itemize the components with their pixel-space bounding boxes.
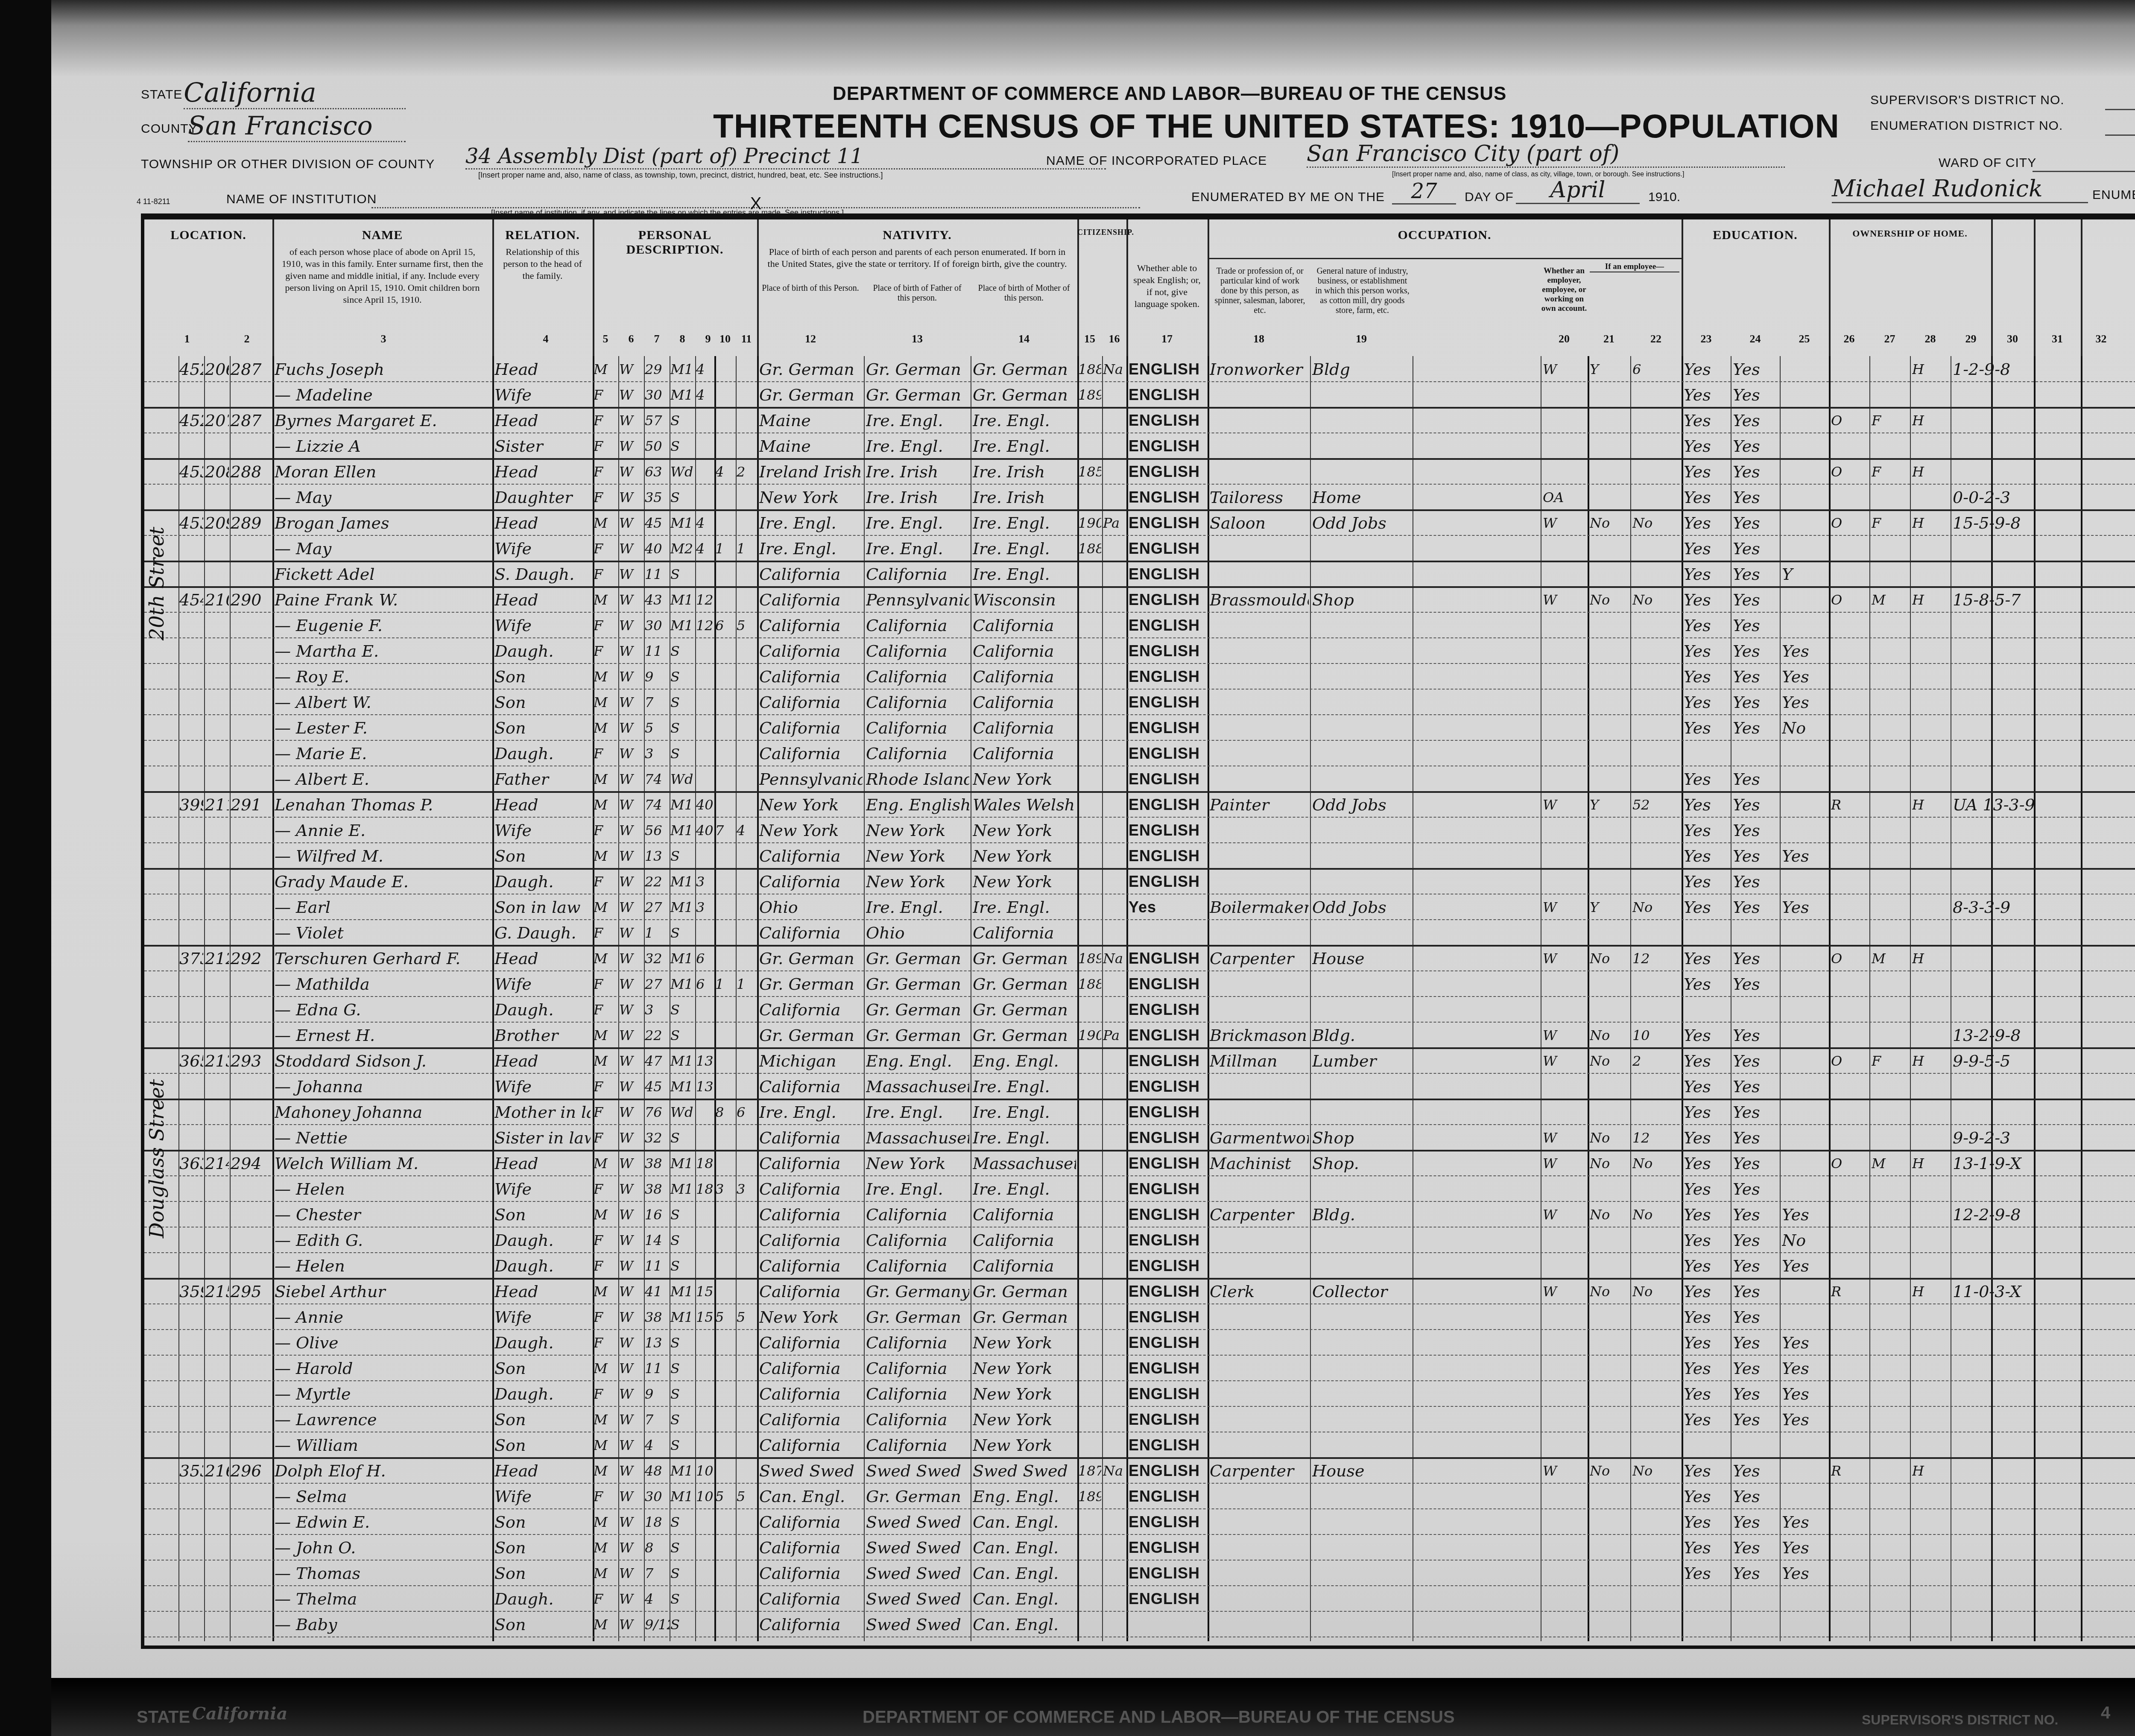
cell-yrs bbox=[696, 921, 714, 944]
cell-ind bbox=[1312, 819, 1411, 842]
cell-age: 11 bbox=[645, 1357, 670, 1380]
cell-yrs: 12 bbox=[696, 588, 714, 611]
cell-eng: ENGLISH bbox=[1129, 1511, 1206, 1534]
cell-write: Yes bbox=[1733, 1485, 1779, 1508]
cell-mort bbox=[1872, 1511, 1909, 1534]
cell-emp bbox=[1543, 1536, 1586, 1559]
cell-mort bbox=[1872, 1306, 1909, 1329]
cell-mpob: Ire. Engl. bbox=[973, 563, 1076, 586]
cell-pob: California bbox=[759, 1434, 863, 1457]
cell-pob: California bbox=[759, 1511, 863, 1534]
cell-farm bbox=[1912, 896, 1950, 919]
cell-farm bbox=[1912, 1126, 1950, 1149]
cell-sex: M bbox=[594, 1152, 617, 1175]
cell-mort bbox=[1872, 1254, 1909, 1277]
cell-nat: Pa bbox=[1103, 511, 1126, 535]
table-row: 363214294Welch William M.HeadMW38M118Cal… bbox=[144, 1150, 2135, 1176]
cell-emp bbox=[1543, 768, 1586, 791]
cell-fpob: Swed Swed bbox=[866, 1536, 969, 1559]
cell-dwelling bbox=[205, 921, 229, 944]
cell-dwelling: 213 bbox=[205, 1049, 229, 1073]
cell-dwelling bbox=[205, 1203, 229, 1226]
cell-pob: Gr. German bbox=[759, 358, 863, 381]
cell-living bbox=[737, 1562, 756, 1585]
cell-family: 289 bbox=[231, 511, 272, 535]
table-row: — Martha E.Daugh.FW11SCaliforniaCaliforn… bbox=[144, 638, 2135, 664]
cell-age: 7 bbox=[645, 1408, 670, 1431]
cell-race: W bbox=[619, 691, 643, 714]
table-row: — Edna G.Daugh.FW3SCaliforniaGr. GermanG… bbox=[144, 997, 2135, 1023]
cell-born bbox=[715, 1280, 735, 1303]
cell-nat bbox=[1103, 1587, 1126, 1610]
cell-mort bbox=[1872, 768, 1909, 791]
cell-mpob: Ire. Engl. bbox=[973, 511, 1076, 535]
cell-living bbox=[737, 563, 756, 586]
cell-sch: Y bbox=[1782, 563, 1828, 586]
cell-occ bbox=[1210, 973, 1309, 996]
cell-mort bbox=[1872, 563, 1909, 586]
cell-born bbox=[715, 588, 735, 611]
cell-farm bbox=[1912, 973, 1950, 996]
cell-own: O bbox=[1831, 460, 1869, 483]
cell-ms: M1 bbox=[670, 1485, 694, 1508]
cell-living bbox=[737, 1408, 756, 1431]
cell-nat bbox=[1103, 1306, 1126, 1329]
group-label: OCCUPATION. bbox=[1208, 219, 1682, 243]
cell-own bbox=[1831, 973, 1869, 996]
cell-pob: California bbox=[759, 1152, 863, 1175]
group-desc: Whether able to speak English; or, if no… bbox=[1126, 219, 1208, 313]
cell-farm bbox=[1912, 921, 1950, 944]
cell-imm bbox=[1078, 716, 1101, 739]
cell-yrs: 4 bbox=[696, 383, 714, 406]
cell-sch bbox=[1782, 1126, 1828, 1149]
cell-wks bbox=[1632, 921, 1680, 944]
cell-ind bbox=[1312, 640, 1411, 663]
cell-rel: Son bbox=[494, 1434, 591, 1457]
col-num-2: 2 bbox=[230, 333, 264, 345]
cell-dwelling bbox=[205, 716, 229, 739]
cell-dwelling: 216 bbox=[205, 1459, 229, 1482]
cell-dwelling bbox=[205, 1126, 229, 1149]
table-row: — John O.SonMW8SCaliforniaSwed SwedCan. … bbox=[144, 1534, 2135, 1561]
cell-rel: Mother in law bbox=[494, 1101, 591, 1124]
cell-write: Yes bbox=[1733, 1536, 1779, 1559]
cell-oow bbox=[1590, 819, 1629, 842]
cell-dwelling bbox=[205, 665, 229, 688]
cell-pob: California bbox=[759, 1331, 863, 1354]
cell-write: Yes bbox=[1733, 614, 1779, 637]
cell-ms: M1 bbox=[670, 973, 694, 996]
cell-ms: S bbox=[670, 1587, 694, 1610]
cell-fpob: Gr. German bbox=[866, 358, 969, 381]
cell-write: Yes bbox=[1733, 896, 1779, 919]
cell-race: W bbox=[619, 1306, 643, 1329]
cell-born bbox=[715, 563, 735, 586]
cell-house bbox=[179, 742, 203, 765]
cell-nat bbox=[1103, 460, 1126, 483]
cell-living bbox=[737, 742, 756, 765]
cell-farm bbox=[1912, 1562, 1950, 1585]
cell-name: — Helen bbox=[275, 1254, 490, 1277]
cell-farm bbox=[1912, 1613, 1950, 1636]
cell-sex: F bbox=[594, 1331, 617, 1354]
cell-mort bbox=[1872, 435, 1909, 458]
cell-occ bbox=[1210, 383, 1309, 406]
cell-rel: Father bbox=[494, 768, 591, 791]
cell-sched bbox=[1953, 1306, 2123, 1329]
cell-mort bbox=[1872, 1229, 1909, 1252]
cell-ind bbox=[1312, 1613, 1411, 1636]
group-label: EDUCATION. bbox=[1682, 219, 1829, 243]
cell-mpob: New York bbox=[973, 1331, 1076, 1354]
cell-born bbox=[715, 1511, 735, 1534]
cell-yrs bbox=[696, 1382, 714, 1406]
cell-family bbox=[231, 614, 272, 637]
cell-sched: 15-5-9-8 bbox=[1953, 511, 2123, 535]
cell-read: Yes bbox=[1684, 716, 1730, 739]
cell-name: — Lawrence bbox=[275, 1408, 490, 1431]
cell-sex: F bbox=[594, 460, 617, 483]
cell-imm bbox=[1078, 1562, 1101, 1585]
cell-sex: F bbox=[594, 409, 617, 432]
cell-sched bbox=[1953, 1178, 2123, 1201]
cell-name: Siebel Arthur bbox=[275, 1280, 490, 1303]
cell-wks bbox=[1632, 1536, 1680, 1559]
cell-read: Yes bbox=[1684, 1536, 1730, 1559]
cell-ind: House bbox=[1312, 1459, 1411, 1482]
cell-mpob: Gr. German bbox=[973, 998, 1076, 1021]
cell-eng: ENGLISH bbox=[1129, 1075, 1206, 1098]
cell-rel: Daugh. bbox=[494, 1254, 591, 1277]
cell-own bbox=[1831, 1613, 1869, 1636]
cell-farm: H bbox=[1912, 588, 1950, 611]
cell-fpob: California bbox=[866, 691, 969, 714]
cell-sch bbox=[1782, 1152, 1828, 1175]
cell-race: W bbox=[619, 921, 643, 944]
cell-name: — Albert W. bbox=[275, 691, 490, 714]
table-row: — Roy E.SonMW9SCaliforniaCaliforniaCalif… bbox=[144, 663, 2135, 690]
cell-dwelling bbox=[205, 537, 229, 560]
table-row: 4526207287Byrnes Margaret E.HeadFW57SMai… bbox=[144, 407, 2135, 433]
cell-family bbox=[231, 998, 272, 1021]
cell-yrs bbox=[696, 845, 714, 868]
cell-ind bbox=[1312, 845, 1411, 868]
cell-fpob: Gr. German bbox=[866, 998, 969, 1021]
cell-born: 3 bbox=[715, 1178, 735, 1201]
cell-rel: Wife bbox=[494, 973, 591, 996]
cell-sch bbox=[1782, 998, 1828, 1021]
cell-pob: California bbox=[759, 640, 863, 663]
cell-family bbox=[231, 1254, 272, 1277]
cell-read: Yes bbox=[1684, 588, 1730, 611]
cell-house bbox=[179, 537, 203, 560]
cell-emp bbox=[1543, 973, 1586, 996]
cell-race: W bbox=[619, 1075, 643, 1098]
cell-sched bbox=[1953, 640, 2123, 663]
cell-own bbox=[1831, 716, 1869, 739]
cell-write: Yes bbox=[1733, 640, 1779, 663]
year: 1910. bbox=[1648, 190, 1680, 205]
cell-wks bbox=[1632, 460, 1680, 483]
cell-nat bbox=[1103, 1152, 1126, 1175]
col-num-11: 11 bbox=[736, 333, 757, 345]
cell-imm bbox=[1078, 1049, 1101, 1073]
cell-born bbox=[715, 383, 735, 406]
cell-yrs bbox=[696, 435, 714, 458]
cell-mort bbox=[1872, 1485, 1909, 1508]
cell-own bbox=[1831, 486, 1869, 509]
cell-rel: Son bbox=[494, 845, 591, 868]
cell-sch: Yes bbox=[1782, 1203, 1828, 1226]
cell-name: — Olive bbox=[275, 1331, 490, 1354]
cell-ind bbox=[1312, 1587, 1411, 1610]
col-num-25: 25 bbox=[1780, 333, 1829, 345]
cell-nat bbox=[1103, 691, 1126, 714]
cell-race: W bbox=[619, 1459, 643, 1482]
cell-own bbox=[1831, 1536, 1869, 1559]
cell-occ: Tailoress bbox=[1210, 486, 1309, 509]
cell-race: W bbox=[619, 614, 643, 637]
cell-sex: M bbox=[594, 1024, 617, 1047]
cell-wks bbox=[1632, 845, 1680, 868]
cell-rel: Head bbox=[494, 793, 591, 816]
cell-own bbox=[1831, 1229, 1869, 1252]
cell-born bbox=[715, 409, 735, 432]
cell-mort: F bbox=[1872, 460, 1909, 483]
cell-mpob: Eng. Engl. bbox=[973, 1485, 1076, 1508]
cell-mpob: Ire. Engl. bbox=[973, 1178, 1076, 1201]
cell-emp: W bbox=[1543, 358, 1586, 381]
cell-eng: ENGLISH bbox=[1129, 1280, 1206, 1303]
cell-pob: Gr. German bbox=[759, 383, 863, 406]
cell-name: Lenahan Thomas P. bbox=[275, 793, 490, 816]
cell-oow: No bbox=[1590, 1152, 1629, 1175]
cell-oow bbox=[1590, 1382, 1629, 1406]
cell-sch bbox=[1782, 614, 1828, 637]
cell-sch: Yes bbox=[1782, 665, 1828, 688]
cell-sch bbox=[1782, 819, 1828, 842]
table-row: — ThelmaDaugh.FW4SCaliforniaSwed SwedCan… bbox=[144, 1586, 2135, 1612]
cell-mort bbox=[1872, 716, 1909, 739]
cell-farm bbox=[1912, 640, 1950, 663]
col-num-20: 20 bbox=[1541, 333, 1588, 345]
cell-occ bbox=[1210, 870, 1309, 893]
group-desc: of each person whose place of abode on A… bbox=[272, 243, 492, 309]
cell-wks: 12 bbox=[1632, 1126, 1680, 1149]
cell-yrs bbox=[696, 1613, 714, 1636]
cell-read: Yes bbox=[1684, 1049, 1730, 1073]
cell-emp: W bbox=[1543, 1049, 1586, 1073]
cell-imm bbox=[1078, 1536, 1101, 1559]
table-row: — HelenWifeFW38M11833CaliforniaIre. Engl… bbox=[144, 1176, 2135, 1202]
cell-rel: Daugh. bbox=[494, 742, 591, 765]
cell-name: — Lizzie A bbox=[275, 435, 490, 458]
cell-sched bbox=[1953, 1459, 2123, 1482]
cell-name: Paine Frank W. bbox=[275, 588, 490, 611]
cell-born bbox=[715, 921, 735, 944]
cell-rel: Daugh. bbox=[494, 1229, 591, 1252]
cell-farm bbox=[1912, 819, 1950, 842]
cell-fpob: Swed Swed bbox=[866, 1562, 969, 1585]
cell-eng: ENGLISH bbox=[1129, 1587, 1206, 1610]
cell-emp: W bbox=[1543, 1152, 1586, 1175]
cell-farm bbox=[1912, 1306, 1950, 1329]
cell-name: — Martha E. bbox=[275, 640, 490, 663]
cell-mpob: Gr. German bbox=[973, 358, 1076, 381]
cell-sex: F bbox=[594, 1075, 617, 1098]
cell-imm: 1891 bbox=[1078, 1485, 1101, 1508]
cell-age: 14 bbox=[645, 1229, 670, 1252]
cell-age: 18 bbox=[645, 1511, 670, 1534]
cell-sex: M bbox=[594, 1434, 617, 1457]
cell-race: W bbox=[619, 845, 643, 868]
cell-sex: M bbox=[594, 793, 617, 816]
cell-born: 1 bbox=[715, 537, 735, 560]
cell-name: Byrnes Margaret E. bbox=[275, 409, 490, 432]
cell-mort bbox=[1872, 1536, 1909, 1559]
cell-fpob: New York bbox=[866, 870, 969, 893]
table-row: — Lizzie ASisterFW50SMaineIre. Engl.Ire.… bbox=[144, 433, 2135, 460]
cell-sch bbox=[1782, 947, 1828, 970]
cell-nat bbox=[1103, 716, 1126, 739]
group-label: NATIVITY. bbox=[757, 219, 1077, 243]
cell-dwelling bbox=[205, 1075, 229, 1098]
cell-born bbox=[715, 1203, 735, 1226]
table-row: — VioletG. Daugh.FW1SCaliforniaOhioCalif… bbox=[144, 920, 2135, 947]
cell-family: 295 bbox=[231, 1280, 272, 1303]
cell-write: Yes bbox=[1733, 1408, 1779, 1431]
cell-rel: Daugh. bbox=[494, 1587, 591, 1610]
cell-mort bbox=[1872, 793, 1909, 816]
col-num-3: 3 bbox=[366, 333, 401, 345]
cell-ind bbox=[1312, 998, 1411, 1021]
cell-farm bbox=[1912, 1408, 1950, 1431]
cell-emp bbox=[1543, 1382, 1586, 1406]
cell-sched bbox=[1953, 998, 2123, 1021]
cell-ms: M1 bbox=[670, 588, 694, 611]
cell-born bbox=[715, 1152, 735, 1175]
cell-dwelling bbox=[205, 1357, 229, 1380]
col-num-30: 30 bbox=[1991, 333, 2034, 345]
cell-sex: F bbox=[594, 435, 617, 458]
cell-eng: ENGLISH bbox=[1129, 819, 1206, 842]
cell-dwelling bbox=[205, 1408, 229, 1431]
incorporated-label: NAME OF INCORPORATED PLACE bbox=[1046, 154, 1267, 168]
cell-yrs: 13 bbox=[696, 1075, 714, 1098]
cell-born bbox=[715, 793, 735, 816]
cell-race: W bbox=[619, 973, 643, 996]
cell-farm bbox=[1912, 486, 1950, 509]
cell-mort bbox=[1872, 1126, 1909, 1149]
cell-ms: M1 bbox=[670, 947, 694, 970]
cell-name: — May bbox=[275, 486, 490, 509]
cell-sch bbox=[1782, 768, 1828, 791]
cell-pob: California bbox=[759, 1126, 863, 1149]
cell-ind bbox=[1312, 614, 1411, 637]
cell-family bbox=[231, 640, 272, 663]
cell-sched bbox=[1953, 1382, 2123, 1406]
cell-mpob: California bbox=[973, 921, 1076, 944]
cell-ind bbox=[1312, 435, 1411, 458]
cell-sch bbox=[1782, 486, 1828, 509]
cell-eng: ENGLISH bbox=[1129, 768, 1206, 791]
cell-oow bbox=[1590, 1511, 1629, 1534]
cell-house bbox=[179, 998, 203, 1021]
cell-family bbox=[231, 896, 272, 919]
table-row: 359215295Siebel ArthurHeadMW41M115Califo… bbox=[144, 1278, 2135, 1304]
cell-living bbox=[737, 716, 756, 739]
cell-family bbox=[231, 1434, 272, 1457]
cell-wks bbox=[1632, 973, 1680, 996]
cell-age: 76 bbox=[645, 1101, 670, 1124]
cell-mort bbox=[1872, 1459, 1909, 1482]
cell-imm bbox=[1078, 845, 1101, 868]
cell-mpob: Gr. German bbox=[973, 947, 1076, 970]
cell-eng: ENGLISH bbox=[1129, 409, 1206, 432]
cell-occ bbox=[1210, 640, 1309, 663]
cell-race: W bbox=[619, 1408, 643, 1431]
cell-ms: M2 bbox=[670, 537, 694, 560]
cell-mpob: Ire. Engl. bbox=[973, 1075, 1076, 1098]
cell-emp: W bbox=[1543, 1024, 1586, 1047]
cell-nat bbox=[1103, 665, 1126, 688]
cell-sch: Yes bbox=[1782, 691, 1828, 714]
cell-occ bbox=[1210, 1536, 1309, 1559]
cell-age: 56 bbox=[645, 819, 670, 842]
cell-occ bbox=[1210, 1254, 1309, 1277]
cell-read: Yes bbox=[1684, 870, 1730, 893]
cell-house bbox=[179, 716, 203, 739]
col-num-14: 14 bbox=[971, 333, 1077, 345]
cell-dwelling bbox=[205, 1536, 229, 1559]
cell-imm: 1902 bbox=[1078, 511, 1101, 535]
cell-living bbox=[737, 1049, 756, 1073]
cell-born bbox=[715, 1049, 735, 1073]
cell-mpob: Gr. German bbox=[973, 1306, 1076, 1329]
cell-rel: Head bbox=[494, 588, 591, 611]
cell-fpob: Eng. Engl. bbox=[866, 1049, 969, 1073]
cell-ind: Collector bbox=[1312, 1280, 1411, 1303]
cell-fpob: Gr. Germany bbox=[866, 1280, 969, 1303]
cell-mort bbox=[1872, 1408, 1909, 1431]
cell-farm bbox=[1912, 1178, 1950, 1201]
cell-sch bbox=[1782, 1178, 1828, 1201]
cell-house bbox=[179, 1075, 203, 1098]
cell-yrs bbox=[696, 1562, 714, 1585]
cell-ms: M1 bbox=[670, 870, 694, 893]
cell-dwelling bbox=[205, 1229, 229, 1252]
cell-own bbox=[1831, 1203, 1869, 1226]
cell-dwelling bbox=[205, 1178, 229, 1201]
cell-race: W bbox=[619, 1101, 643, 1124]
cell-oow: No bbox=[1590, 1049, 1629, 1073]
table-row: — Edith G.Daugh.FW14SCaliforniaCaliforni… bbox=[144, 1227, 2135, 1253]
cell-nat bbox=[1103, 1382, 1126, 1406]
cell-ind: Bldg. bbox=[1312, 1203, 1411, 1226]
cell-living bbox=[737, 1331, 756, 1354]
cell-race: W bbox=[619, 947, 643, 970]
cell-dwelling: 211 bbox=[205, 793, 229, 816]
cell-pob: Gr. German bbox=[759, 1024, 863, 1047]
cell-fpob: Gr. German bbox=[866, 1024, 969, 1047]
cell-rel: Wife bbox=[494, 1178, 591, 1201]
cell-nat bbox=[1103, 973, 1126, 996]
cell-write: Yes bbox=[1733, 716, 1779, 739]
cell-ind: Shop bbox=[1312, 1126, 1411, 1149]
cell-eng: ENGLISH bbox=[1129, 1434, 1206, 1457]
cell-mort bbox=[1872, 486, 1909, 509]
